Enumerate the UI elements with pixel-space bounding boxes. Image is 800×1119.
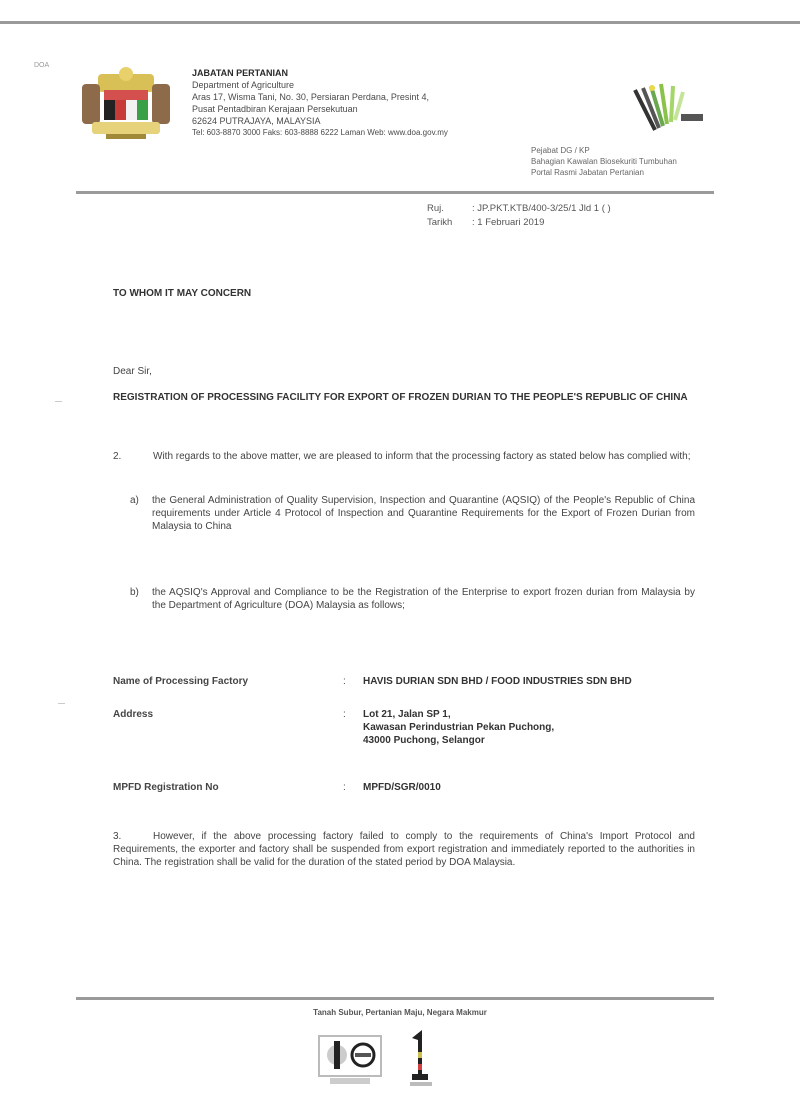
subject-line: REGISTRATION OF PROCESSING FACILITY FOR … <box>113 391 695 404</box>
one-malaysia-logo <box>408 1028 434 1088</box>
facility-address-row: Address: Lot 21, Jalan SP 1, Kawasan Per… <box>113 708 554 747</box>
iso-certification-logo <box>318 1035 382 1077</box>
address-line: 62624 PUTRAJAYA, MALAYSIA <box>192 115 492 127</box>
malaysia-coat-of-arms-logo <box>78 66 174 142</box>
address-line: Pusat Pentadbiran Kerajaan Persekutuan <box>192 103 492 115</box>
margin-code: DOA <box>34 62 49 69</box>
paragraph-3: 3.However, if the above processing facto… <box>113 830 695 869</box>
margin-tick: — <box>58 700 65 707</box>
address-line: 43000 Puchong, Selangor <box>363 734 554 747</box>
top-rule <box>0 21 800 24</box>
footer-motto: Tanah Subur, Pertanian Maju, Negara Makm… <box>0 1008 800 1017</box>
iso-caption <box>330 1078 370 1084</box>
date-label: Tarikh <box>427 216 472 230</box>
ref-label: Ruj. <box>427 202 472 216</box>
footer-rule <box>76 997 714 1000</box>
facility-name-row: Name of Processing Factory:HAVIS DURIAN … <box>113 675 632 688</box>
doa-agency-logo <box>625 80 705 140</box>
letterhead-block: JABATAN PERTANIAN Department of Agricult… <box>192 67 492 139</box>
registration-no-row: MPFD Registration No:MPFD/SGR/0010 <box>113 781 441 794</box>
registration-no-value: MPFD/SGR/0010 <box>363 782 441 793</box>
margin-tick: — <box>55 398 62 405</box>
greeting: Dear Sir, <box>113 365 152 378</box>
reference-block: Ruj.: JP.PKT.KTB/400-3/25/1 Jld 1 ( ) Ta… <box>427 202 707 230</box>
ref-value: : JP.PKT.KTB/400-3/25/1 Jld 1 ( ) <box>472 203 611 214</box>
date-value: : 1 Februari 2019 <box>472 217 544 228</box>
header-rule <box>76 191 714 194</box>
contact-line: Tel: 603-8870 3000 Faks: 603-8888 6222 L… <box>192 127 492 139</box>
address-line: Kawasan Perindustrian Pekan Puchong, <box>363 721 554 734</box>
right-contact-block: Pejabat DG / KP Bahagian Kawalan Bioseku… <box>531 145 721 178</box>
agency-name: JABATAN PERTANIAN <box>192 67 492 79</box>
facility-name-value: HAVIS DURIAN SDN BHD / FOOD INDUSTRIES S… <box>363 676 632 687</box>
address-line: Lot 21, Jalan SP 1, <box>363 708 554 721</box>
list-item: a) the General Administration of Quality… <box>130 494 695 533</box>
paragraph-2: 2.With regards to the above matter, we a… <box>113 450 695 463</box>
list-item: b) the AQSIQ's Approval and Compliance t… <box>130 586 695 612</box>
addressee: TO WHOM IT MAY CONCERN <box>113 287 251 300</box>
address-line: Aras 17, Wisma Tani, No. 30, Persiaran P… <box>192 91 492 103</box>
agency-name-en: Department of Agriculture <box>192 79 492 91</box>
